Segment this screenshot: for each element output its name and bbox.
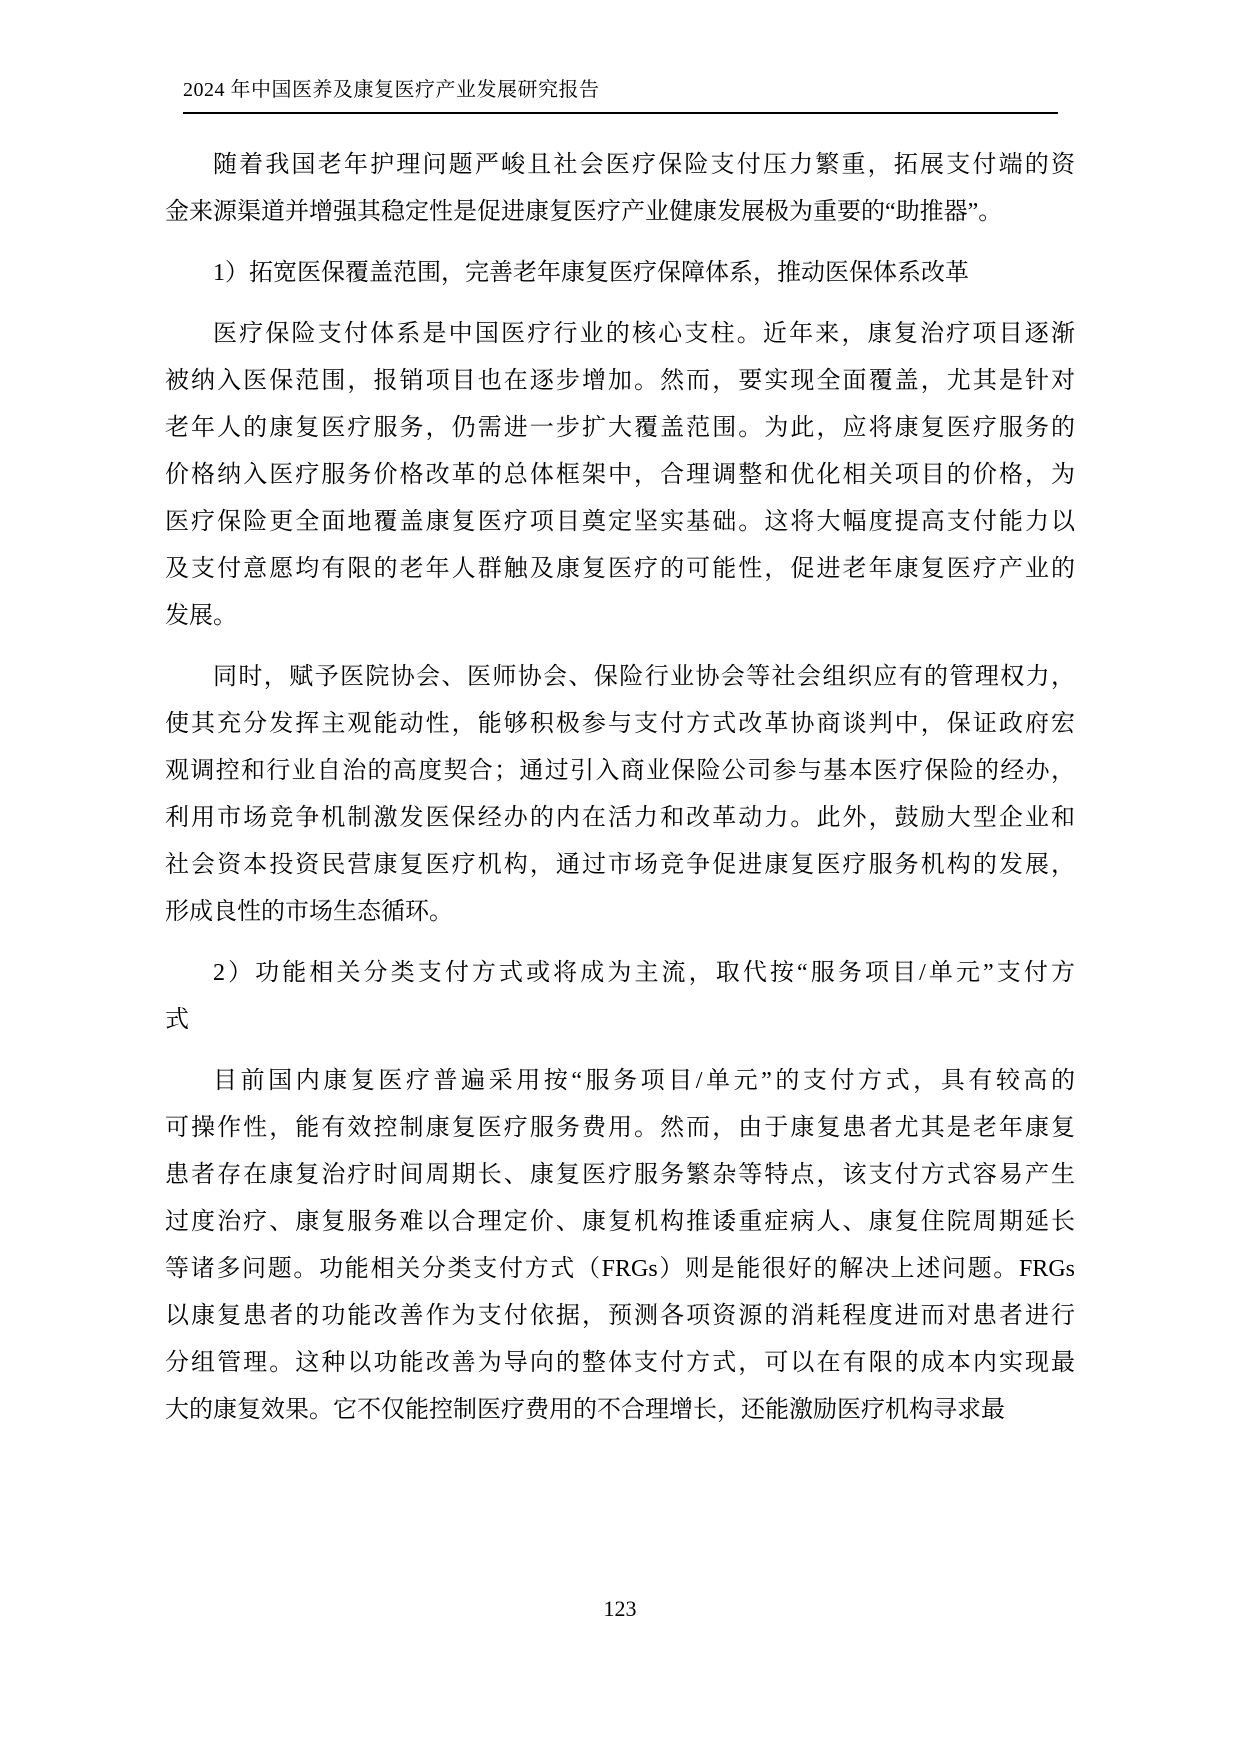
text-line: 老年人的康复医疗服务，仍需进一步扩大覆盖范围。为此，应将康复医疗服务的	[165, 405, 1075, 452]
page-header: 2024 年中国医养及康复医疗产业发展研究报告	[183, 78, 1058, 114]
heading-line: 2）功能相关分类支付方式或将成为主流，取代按“服务项目/单元”支付方	[165, 950, 1075, 997]
text-line: 以康复患者的功能改善作为支付依据，预测各项资源的消耗程度进而对患者进行	[165, 1293, 1075, 1340]
text-line: 大的康复效果。它不仅能控制医疗费用的不合理增长，还能激励医疗机构寻求最	[165, 1387, 1075, 1434]
text-line: 形成良性的市场生态循环。	[165, 889, 1075, 936]
text-line: 过度治疗、康复服务难以合理定价、康复机构推诿重症病人、康复住院周期延长	[165, 1199, 1075, 1246]
text-line: 同时，赋予医院协会、医师协会、保险行业协会等社会组织应有的管理权力，	[165, 654, 1075, 701]
paragraph: 目前国内康复医疗普遍采用按“服务项目/单元”的支付方式，具有较高的 可操作性，能…	[165, 1058, 1075, 1434]
text-line: 社会资本投资民营康复医疗机构，通过市场竞争促进康复医疗服务机构的发展，	[165, 842, 1075, 889]
heading-line: 1）拓宽医保覆盖范围，完善老年康复医疗保障体系，推动医保体系改革	[165, 250, 1075, 297]
paragraph: 随着我国老年护理问题严峻且社会医疗保险支付压力繁重，拓展支付端的资 金来源渠道并…	[165, 142, 1075, 236]
heading-line: 式	[165, 997, 1075, 1044]
paragraph: 医疗保险支付体系是中国医疗行业的核心支柱。近年来，康复治疗项目逐渐 被纳入医保范…	[165, 311, 1075, 640]
document-page: 2024 年中国医养及康复医疗产业发展研究报告 随着我国老年护理问题严峻且社会医…	[0, 0, 1240, 1754]
text-line: 观调控和行业自治的高度契合；通过引入商业保险公司参与基本医疗保险的经办，	[165, 748, 1075, 795]
page-body: 随着我国老年护理问题严峻且社会医疗保险支付压力繁重，拓展支付端的资 金来源渠道并…	[165, 142, 1075, 1448]
heading: 1）拓宽医保覆盖范围，完善老年康复医疗保障体系，推动医保体系改革	[165, 250, 1075, 297]
text-line: 目前国内康复医疗普遍采用按“服务项目/单元”的支付方式，具有较高的	[165, 1058, 1075, 1105]
text-line: 利用市场竞争机制激发医保经办的内在活力和改革动力。此外，鼓励大型企业和	[165, 795, 1075, 842]
text-line: 分组管理。这种以功能改善为导向的整体支付方式，可以在有限的成本内实现最	[165, 1340, 1075, 1387]
text-line: 可操作性，能有效控制康复医疗服务费用。然而，由于康复患者尤其是老年康复	[165, 1105, 1075, 1152]
text-line: 患者存在康复治疗时间周期长、康复医疗服务繁杂等特点，该支付方式容易产生	[165, 1152, 1075, 1199]
text-line: 医疗保险支付体系是中国医疗行业的核心支柱。近年来，康复治疗项目逐渐	[165, 311, 1075, 358]
text-line: 金来源渠道并增强其稳定性是促进康复医疗产业健康发展极为重要的“助推器”。	[165, 189, 1075, 236]
paragraph: 同时，赋予医院协会、医师协会、保险行业协会等社会组织应有的管理权力， 使其充分发…	[165, 654, 1075, 936]
header-title: 2024 年中国医养及康复医疗产业发展研究报告	[183, 78, 1058, 102]
text-line: 被纳入医保范围，报销项目也在逐步增加。然而，要实现全面覆盖，尤其是针对	[165, 358, 1075, 405]
text-line: 医疗保险更全面地覆盖康复医疗项目奠定坚实基础。这将大幅度提高支付能力以	[165, 499, 1075, 546]
text-line: 随着我国老年护理问题严峻且社会医疗保险支付压力繁重，拓展支付端的资	[165, 142, 1075, 189]
page-footer: 123	[0, 1596, 1240, 1622]
text-line: 价格纳入医疗服务价格改革的总体框架中，合理调整和优化相关项目的价格，为	[165, 452, 1075, 499]
text-line: 使其充分发挥主观能动性，能够积极参与支付方式改革协商谈判中，保证政府宏	[165, 701, 1075, 748]
page-number: 123	[604, 1596, 637, 1621]
heading: 2）功能相关分类支付方式或将成为主流，取代按“服务项目/单元”支付方 式	[165, 950, 1075, 1044]
text-line: 发展。	[165, 593, 1075, 640]
text-line: 及支付意愿均有限的老年人群触及康复医疗的可能性，促进老年康复医疗产业的	[165, 546, 1075, 593]
text-line: 等诸多问题。功能相关分类支付方式（FRGs）则是能很好的解决上述问题。FRGs	[165, 1246, 1075, 1293]
